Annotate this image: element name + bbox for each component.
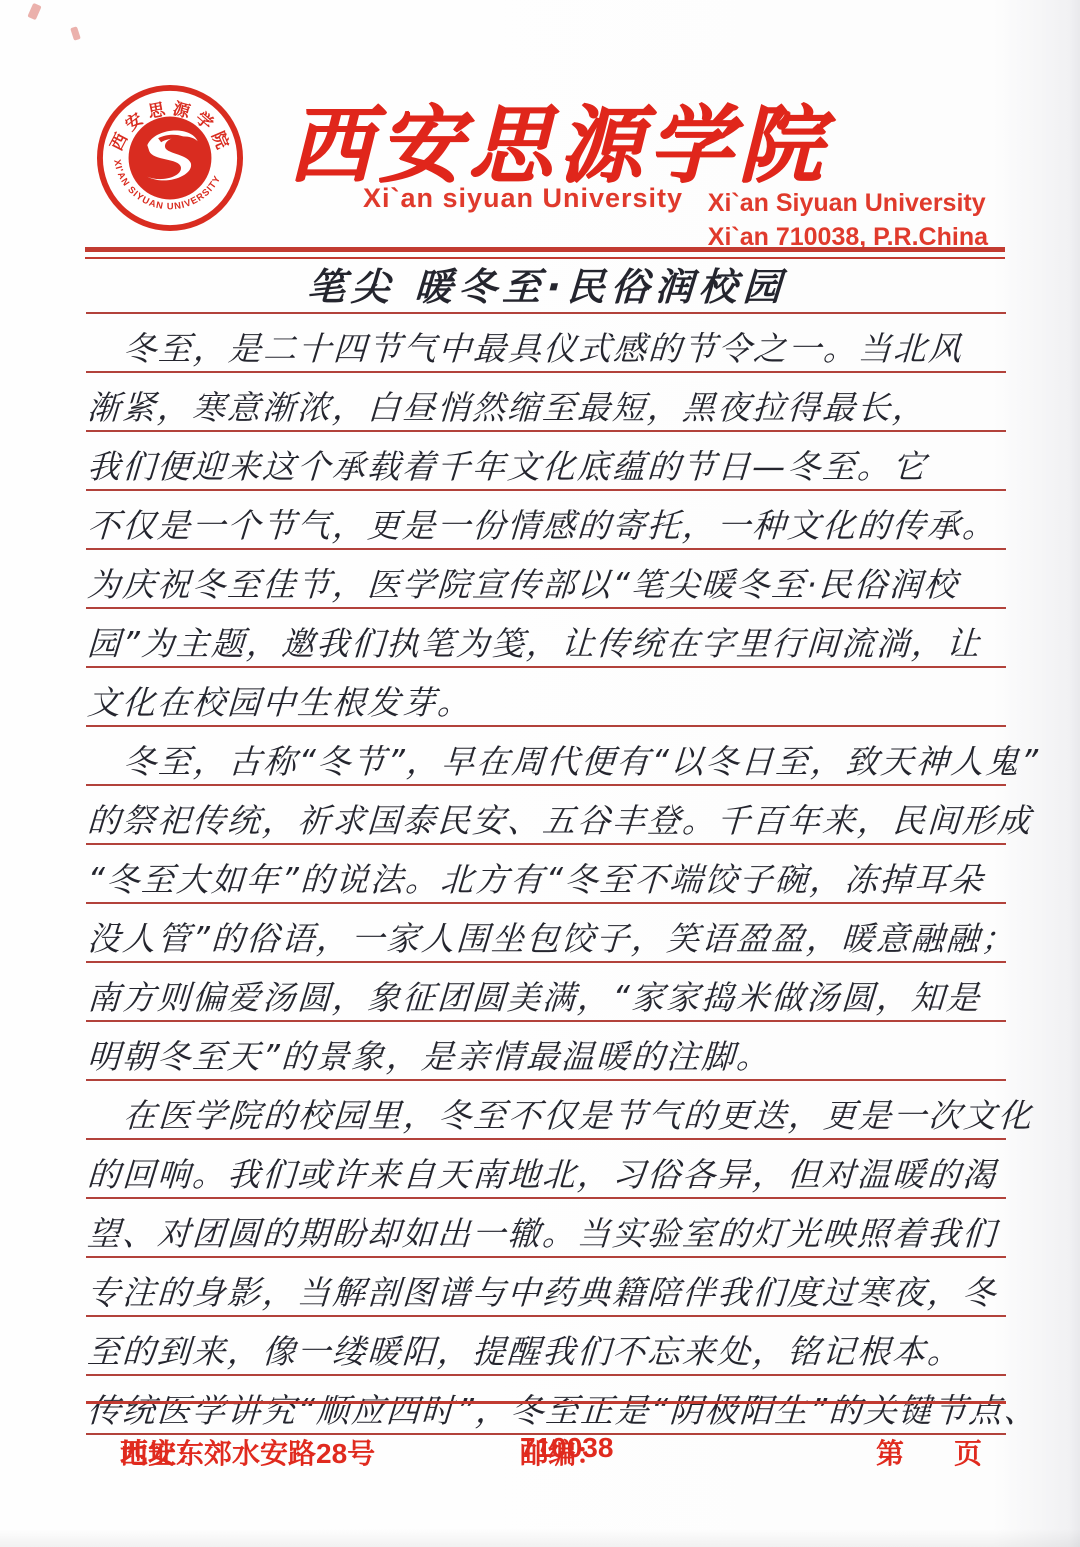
handwritten-text: 冬至，是二十四节气中最具仪式感的节令之一。当北风 [86, 323, 965, 371]
letter-page: 西安思源学院 XI'AN SIYUAN UNIVERSITY 西安思源学院 Xi… [0, 0, 1080, 1547]
handwritten-text: “冬至大如年”的说法。北方有“冬至不端饺子碗，冻掉耳朵 [86, 854, 986, 902]
handwritten-text: 没人管”的俗语，一家人围坐包饺子，笑语盈盈，暖意融融； [86, 913, 1018, 961]
manuscript-line: 为庆祝冬至佳节，医学院宣传部以“笔尖暖冬至·民俗润校 [86, 550, 1006, 609]
handwritten-text: 冬至，古称“冬节”，早在周代便有“以冬日至，致天神人鬼” [86, 736, 1041, 784]
university-name-english: Xi`an siyuan University [288, 183, 758, 214]
letter-title: 笔尖 暖冬至·民俗润校园 [306, 256, 789, 312]
letter-title-line: 笔尖 暖冬至·民俗润校园 [86, 255, 1006, 314]
handwritten-text: 传统医学讲究“顺应四时”，冬至正是“阴极阳生”的关键节点、 [86, 1385, 1040, 1433]
manuscript-line: 的回响。我们或许来自天南地北，习俗各异，但对温暖的渴 [86, 1140, 1006, 1199]
manuscript-lines: 笔尖 暖冬至·民俗润校园 冬至，是二十四节气中最具仪式感的节令之一。当北风渐紧，… [86, 255, 1006, 1435]
manuscript-line: 专注的身影，当解剖图谱与中药典籍陪伴我们度过寒夜，冬 [86, 1258, 1006, 1317]
handwritten-text: 文化在校园中生根发芽。 [86, 677, 474, 725]
pen-mark [27, 3, 41, 20]
handwritten-text: 的回响。我们或许来自天南地北，习俗各异，但对温暖的渴 [86, 1149, 999, 1197]
handwritten-text: 我们便迎来这个承载着千年文化底蕴的节日—冬至。它 [86, 441, 929, 489]
handwritten-text: 至的到来，像一缕暖阳，提醒我们不忘来处，铭记根本。 [86, 1326, 964, 1374]
manuscript-line: 至的到来，像一缕暖阳，提醒我们不忘来处，铭记根本。 [86, 1317, 1006, 1376]
handwritten-text: 园”为主题，邀我们执笔为笺，让传统在字里行间流淌，让 [86, 618, 983, 666]
manuscript-line: 的祭祀传统，祈求国泰民安、五谷丰登。千百年来，民间形成 [86, 786, 1006, 845]
manuscript-line: 冬至，古称“冬节”，早在周代便有“以冬日至，致天神人鬼” [86, 727, 1006, 786]
handwritten-text: 专注的身影，当解剖图谱与中药典籍陪伴我们度过寒夜，冬 [86, 1267, 999, 1315]
handwritten-text: 不仅是一个节气，更是一份情感的寄托，一种文化的传承。 [86, 500, 999, 548]
letter-footer: 地址：西安东郊水安路28号 邮编：710038 第 页 [0, 1432, 1080, 1472]
footer-divider [86, 1401, 1006, 1404]
university-address-english: Xi`an Siyuan University Xi`an 710038, P.… [708, 186, 988, 254]
manuscript-line: 南方则偏爱汤圆，象征团圆美满，“家家捣米做汤圆，知是 [86, 963, 1006, 1022]
page-number-prefix: 第 [876, 1432, 904, 1472]
manuscript-line: “冬至大如年”的说法。北方有“冬至不端饺子碗，冻掉耳朵 [86, 845, 1006, 904]
zip-value: 710038 [520, 1432, 613, 1464]
manuscript-line: 望、对团圆的期盼却如出一辙。当实验室的灯光映照着我们 [86, 1199, 1006, 1258]
manuscript-line: 冬至，是二十四节气中最具仪式感的节令之一。当北风 [86, 314, 1006, 373]
handwritten-text: 明朝冬至天”的景象，是亲情最温暖的注脚。 [86, 1031, 773, 1079]
handwritten-text: 渐紧，寒意渐浓，白昼悄然缩至最短，黑夜拉得最长， [86, 382, 929, 430]
handwritten-text: 在医学院的校园里，冬至不仅是节气的更迭，更是一次文化 [86, 1090, 1035, 1138]
manuscript-line: 我们便迎来这个承载着千年文化底蕴的节日—冬至。它 [86, 432, 1006, 491]
manuscript-line: 传统医学讲究“顺应四时”，冬至正是“阴极阳生”的关键节点、 [86, 1376, 1006, 1435]
address-line-1: Xi`an Siyuan University [708, 186, 988, 220]
handwritten-text: 为庆祝冬至佳节，医学院宣传部以“笔尖暖冬至·民俗润校 [86, 559, 960, 607]
manuscript-line: 渐紧，寒意渐浓，白昼悄然缩至最短，黑夜拉得最长， [86, 373, 1006, 432]
manuscript-line: 文化在校园中生根发芽。 [86, 668, 1006, 727]
manuscript-line: 在医学院的校园里，冬至不仅是节气的更迭，更是一次文化 [86, 1081, 1006, 1140]
address-value: 西安东郊水安路28号 [120, 1432, 375, 1472]
manuscript-line: 没人管”的俗语，一家人围坐包饺子，笑语盈盈，暖意融融； [86, 904, 1006, 963]
manuscript-line: 明朝冬至天”的景象，是亲情最温暖的注脚。 [86, 1022, 1006, 1081]
page-number-suffix: 页 [954, 1432, 982, 1472]
handwritten-text: 望、对团圆的期盼却如出一辙。当实验室的灯光映照着我们 [86, 1208, 999, 1256]
pen-mark [70, 26, 81, 41]
manuscript-line: 不仅是一个节气，更是一份情感的寄托，一种文化的传承。 [86, 491, 1006, 550]
handwritten-text: 的祭祀传统，祈求国泰民安、五谷丰登。千百年来，民间形成 [86, 795, 1034, 843]
manuscript-line: 园”为主题，邀我们执笔为笺，让传统在字里行间流淌，让 [86, 609, 1006, 668]
university-seal-icon: 西安思源学院 XI'AN SIYUAN UNIVERSITY [96, 84, 244, 232]
handwritten-text: 南方则偏爱汤圆，象征团圆美满，“家家捣米做汤圆，知是 [86, 972, 983, 1020]
university-name-calligraphy: 西安思源学院 [288, 78, 758, 199]
